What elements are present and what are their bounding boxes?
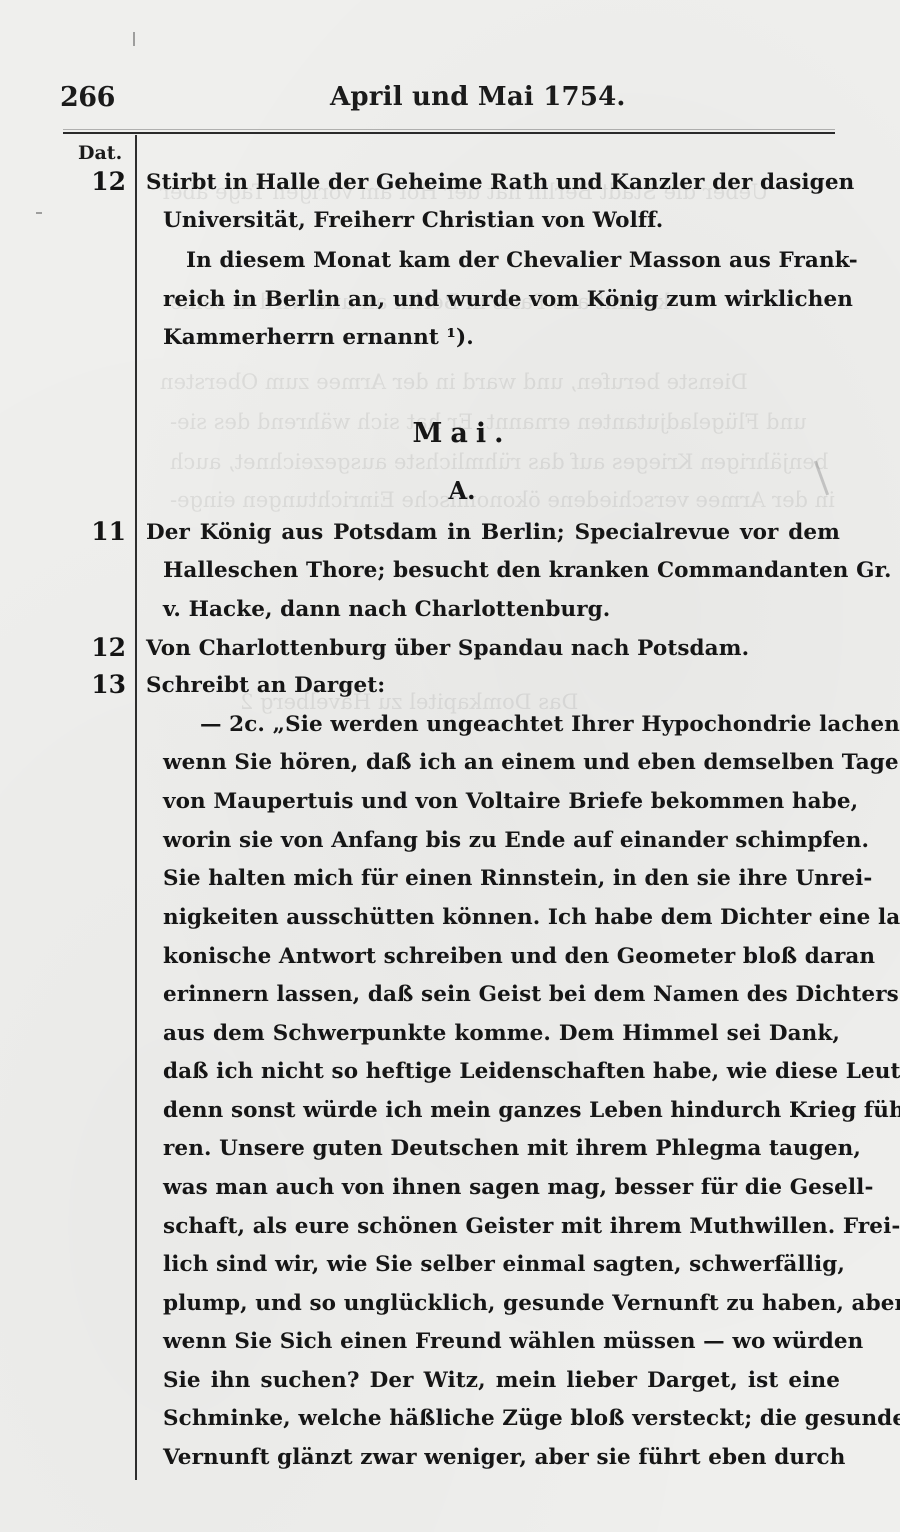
- letter-line: — 2c. „Sie werden ungeachtet Ihrer Hypoc…: [200, 712, 840, 737]
- column-separator: [135, 135, 137, 1480]
- header-rule: [63, 132, 835, 134]
- text-line: Der König aus Potsdam in Berlin; Special…: [146, 520, 840, 545]
- letter-line: schaft, als eure schönen Geister mit ihr…: [163, 1214, 840, 1239]
- running-head: 266 April und Mai 1754.: [0, 78, 900, 118]
- letter-line: von Maupertuis und von Voltaire Briefe b…: [163, 789, 840, 814]
- page-number: 266: [60, 82, 115, 113]
- paper-speck: [36, 212, 42, 214]
- date-number: 12: [84, 633, 126, 662]
- letter-line: denn sonst würde ich mein ganzes Leben h…: [163, 1098, 840, 1123]
- letter-line: was man auch von ihnen sagen mag, besser…: [163, 1175, 840, 1200]
- bleed-through-text: Dienste berufen, und ward in der Armee z…: [160, 370, 748, 394]
- text-line: v. Hacke, dann nach Charlottenburg.: [163, 597, 840, 622]
- text-line: reich in Berlin an, und wurde vom König …: [163, 287, 840, 312]
- text-line: In diesem Monat kam der Chevalier Masson…: [186, 248, 840, 273]
- letter-line: Sie halten mich für einen Rinnstein, in …: [163, 866, 840, 891]
- date-column-label: Dat.: [78, 142, 122, 164]
- letter-line: Vernunft glänzt zwar weniger, aber sie f…: [163, 1445, 840, 1470]
- letter-line: nigkeiten ausschütten können. Ich habe d…: [163, 905, 840, 930]
- letter-line: lich sind wir, wie Sie selber einmal sag…: [163, 1252, 840, 1277]
- date-number: 12: [84, 167, 126, 196]
- text-line: Halleschen Thore; besucht den kranken Co…: [163, 558, 840, 583]
- letter-line: worin sie von Anfang bis zu Ende auf ein…: [163, 828, 840, 853]
- date-number: 11: [84, 517, 126, 546]
- letter-line: Schminke, welche häßliche Züge bloß vers…: [163, 1406, 840, 1431]
- letter-line: konische Antwort schreiben und den Geome…: [163, 944, 840, 969]
- text-line: Universität, Freiherr Christian von Wolf…: [163, 208, 840, 233]
- text-line: Stirbt in Halle der Geheime Rath und Kan…: [146, 170, 840, 195]
- letter-line: plump, und so unglücklich, gesunde Vernu…: [163, 1291, 840, 1316]
- letter-line: wenn Sie hören, daß ich an einem und ebe…: [163, 750, 840, 775]
- header-rule-faint: [63, 129, 835, 130]
- text-line: Kammerherrn ernannt ¹).: [163, 325, 840, 350]
- letter-line: daß ich nicht so heftige Leidenschaften …: [163, 1059, 840, 1084]
- letter-line: Sie ihn suchen? Der Witz, mein lieber Da…: [163, 1368, 840, 1393]
- letter-line: ren. Unsere guten Deutschen mit ihrem Ph…: [163, 1136, 840, 1161]
- date-number: 13: [84, 670, 126, 699]
- letter-line: wenn Sie Sich einen Freund wählen müssen…: [163, 1329, 840, 1354]
- page-heading: April und Mai 1754.: [330, 82, 626, 112]
- paper-speck: [133, 32, 135, 46]
- letter-line: aus dem Schwerpunkte komme. Dem Himmel s…: [163, 1021, 840, 1046]
- subsection-title: A.: [12, 476, 900, 505]
- text-line: Von Charlottenburg über Spandau nach Pot…: [146, 636, 840, 661]
- month-title: Mai.: [12, 418, 900, 449]
- bleed-through-text: benjährigen Krieges auf das rühmlichste …: [170, 450, 828, 474]
- text-line: Schreibt an Darget:: [146, 673, 840, 698]
- letter-line: erinnern lassen, daß sein Geist bei dem …: [163, 982, 840, 1007]
